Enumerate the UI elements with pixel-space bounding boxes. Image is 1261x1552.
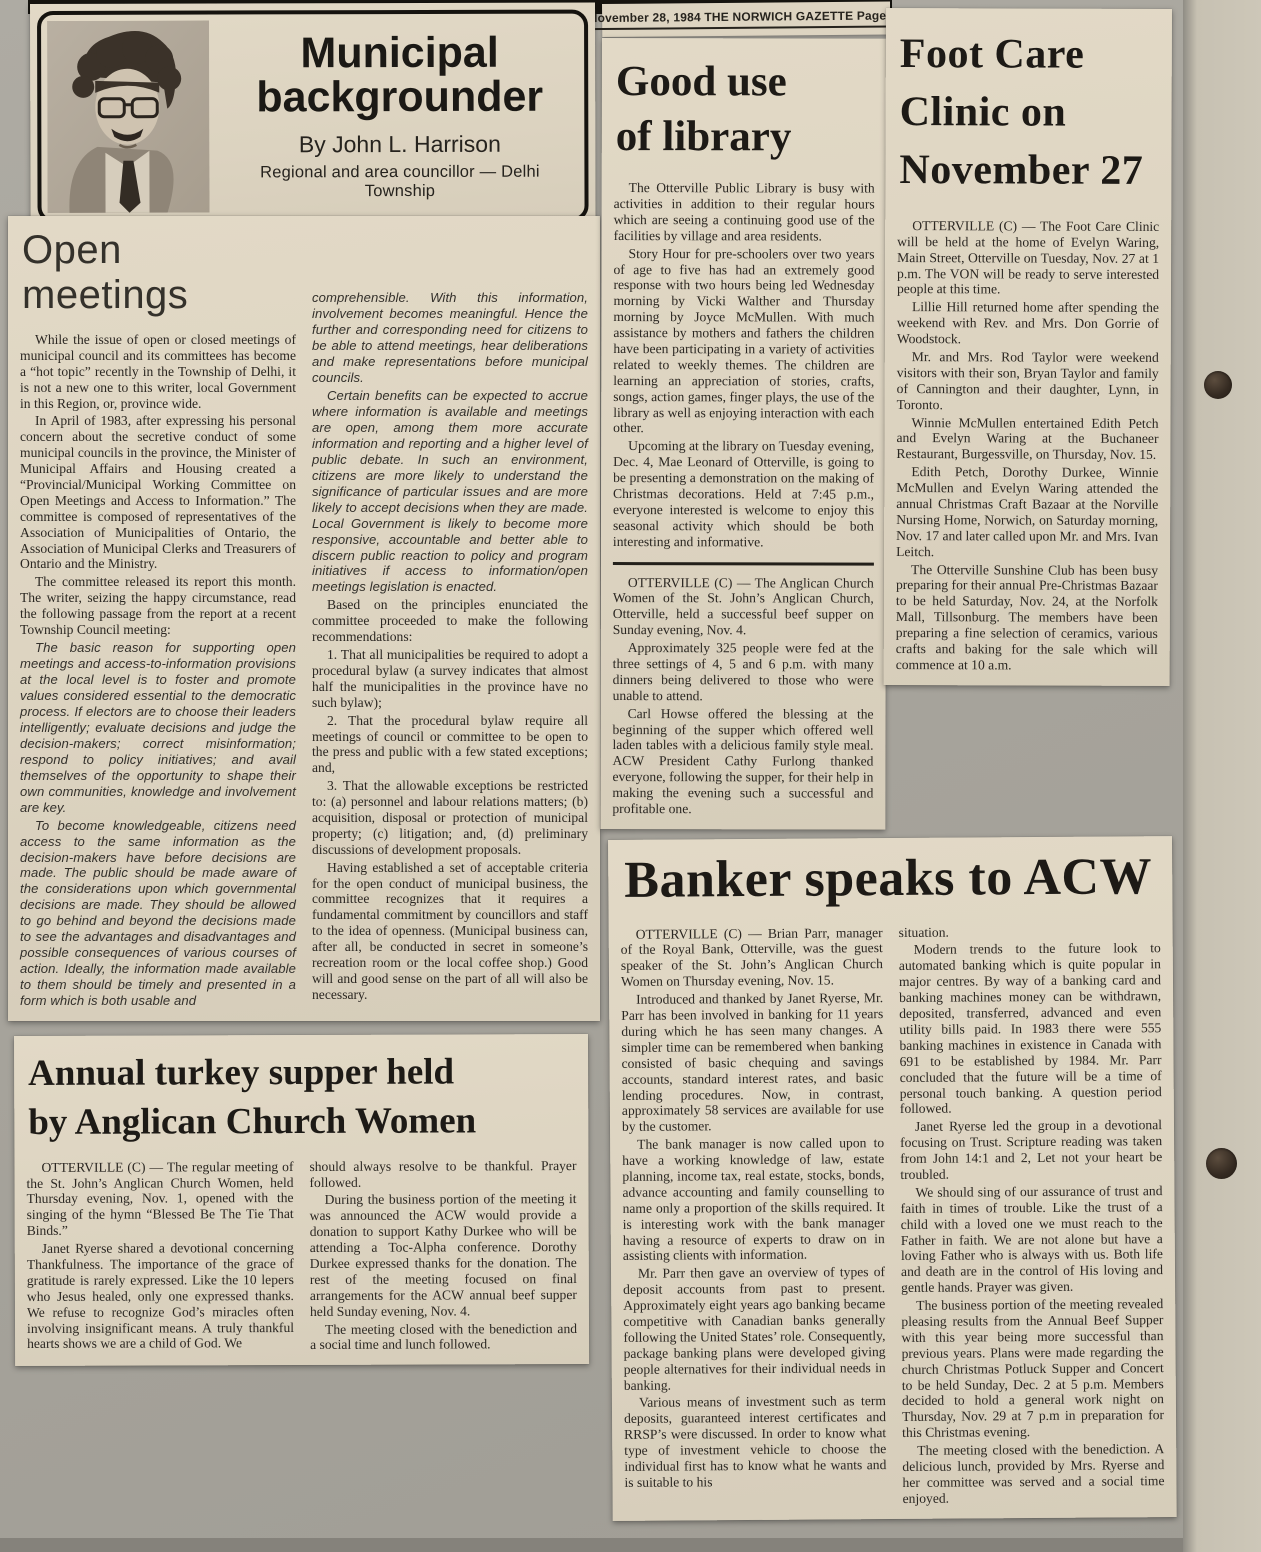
paragraph: We should sing of our assurance of trust…: [900, 1183, 1163, 1296]
paragraph: Mr. Parr then gave an overview of types …: [623, 1264, 886, 1393]
byline: By John L. Harrison: [227, 131, 572, 159]
title-line-1: Municipal: [227, 30, 572, 75]
headline-line-2: of library: [616, 109, 875, 165]
paragraph-recommendation-1: 1. That all municipalities be required t…: [312, 647, 588, 711]
paragraph: The meeting closed with the benediction.…: [902, 1441, 1164, 1506]
paragraph-recommendation-3: 3. That the allowable exceptions be rest…: [312, 778, 588, 857]
paragraph: Introduced and thanked by Janet Ryerse, …: [621, 990, 884, 1135]
open-meetings-headline: Open meetings: [22, 228, 296, 318]
paragraph: The meeting closed with the benediction …: [310, 1321, 577, 1354]
banker-column-1: OTTERVILLE (C) — Brian Parr, manager of …: [621, 925, 887, 1493]
paragraph: Janet Ryerse led the group in a devotion…: [900, 1117, 1162, 1182]
paragraph-recommendation-2: 2. That the procedural bylaw require all…: [312, 713, 588, 777]
paragraph-quoted-report: comprehensible. With this information, i…: [312, 290, 588, 386]
masthead-clipping: November 28, 1984 THE NORWICH GAZETTE Pa…: [602, 1, 890, 37]
paragraph: Story Hour for pre-schoolers over two ye…: [613, 246, 874, 437]
section-divider-rule: [613, 562, 874, 566]
binder-punch-hole: [1204, 371, 1232, 399]
open-meetings-column-1: Open meetings While the issue of open or…: [20, 226, 296, 1011]
paragraph: OTTERVILLE (C) — Brian Parr, manager of …: [621, 925, 883, 990]
paragraph: In April of 1983, after expressing his p…: [20, 413, 296, 572]
paragraph: Various means of investment such as term…: [624, 1393, 887, 1490]
headline-line-1: Foot Care: [900, 26, 1160, 85]
title-line-2: backgrounder: [227, 75, 572, 120]
scrapbook-page: November 28, 1984 THE NORWICH GAZETTE Pa…: [0, 0, 1261, 1552]
banker-clipping: Banker speaks to ACW OTTERVILLE (C) — Br…: [608, 836, 1177, 1521]
paragraph: The committee released its report this m…: [20, 574, 296, 638]
byline-role: Regional and area councillor — Delhi Tow…: [227, 163, 572, 202]
paragraph: The Otterville Sunshine Club has been bu…: [896, 562, 1158, 674]
binder-punch-hole: [1206, 1148, 1237, 1179]
municipal-backgrounder-frame: Municipal backgrounder By John L. Harris…: [37, 10, 589, 223]
paragraph: Upcoming at the library on Tuesday eveni…: [613, 438, 874, 550]
municipal-backgrounder-clipping: Municipal backgrounder By John L. Harris…: [30, 3, 596, 230]
library-clipping: Good use of library The Otterville Publi…: [600, 38, 887, 830]
foot-care-clipping: Foot Care Clinic on November 27 OTTERVIL…: [884, 8, 1172, 686]
paragraph: Mr. and Mrs. Rod Taylor were weekend vis…: [897, 349, 1159, 413]
paragraph: During the business portion of the meeti…: [310, 1191, 577, 1319]
paragraph: The business portion of the meeting reve…: [901, 1296, 1164, 1441]
paragraph: OTTERVILLE (C) — The Foot Care Clinic wi…: [897, 218, 1159, 298]
foot-care-headline: Foot Care Clinic on November 27: [899, 26, 1160, 201]
headline-line-1: Annual turkey supper held: [28, 1048, 576, 1099]
masthead-text: November 28, 1984 THE NORWICH GAZETTE Pa…: [585, 8, 908, 30]
turkey-supper-column-1: OTTERVILLE (C) — The regular meeting of …: [26, 1159, 294, 1355]
turkey-supper-headline: Annual turkey supper held by Anglican Ch…: [28, 1048, 576, 1148]
banker-column-2: situation. Modern trends to the future l…: [899, 923, 1165, 1509]
paragraph: situation.: [899, 923, 1161, 941]
paragraph: The Otterville Public Library is busy wi…: [614, 180, 875, 244]
paragraph-beef-supper: Carl Howse offered the blessing at the b…: [612, 706, 873, 818]
paragraph: Based on the principles enunciated the c…: [312, 597, 588, 645]
headline-line-1: Good use: [616, 54, 875, 110]
headline-line-2: by Anglican Church Women: [28, 1097, 576, 1148]
municipal-backgrounder-text-block: Municipal backgrounder By John L. Harris…: [221, 20, 579, 213]
paragraph: Edith Petch, Dorothy Durkee, Winnie McMu…: [896, 464, 1158, 560]
library-headline: Good use of library: [616, 54, 875, 165]
paragraph-quoted-report: The basic reason for supporting open mee…: [20, 640, 296, 816]
turkey-supper-clipping: Annual turkey supper held by Anglican Ch…: [14, 1034, 589, 1366]
headline-line-3: November 27: [899, 142, 1159, 201]
paragraph-quoted-report: Certain benefits can be expected to accr…: [312, 388, 588, 596]
headline-line-2: Clinic on: [900, 84, 1160, 143]
paragraph: Modern trends to the future look to auto…: [899, 941, 1162, 1118]
paragraph: Winnie McMullen entertained Edith Petch …: [896, 415, 1158, 464]
paragraph: While the issue of open or closed meetin…: [20, 332, 296, 411]
page-bottom-edge: [0, 1538, 1183, 1552]
paragraph: Having established a set of acceptable c…: [312, 860, 588, 1003]
open-meetings-column-2: comprehensible. With this information, i…: [312, 290, 588, 1005]
open-meetings-clipping: Open meetings While the issue of open or…: [8, 216, 600, 1021]
municipal-backgrounder-title: Municipal backgrounder: [227, 30, 572, 119]
paragraph: OTTERVILLE (C) — The regular meeting of …: [26, 1159, 293, 1239]
paragraph: The bank manager is now called upon to h…: [622, 1135, 885, 1264]
banker-headline: Banker speaks to ACW: [624, 850, 1160, 908]
paragraph-beef-supper: OTTERVILLE (C) — The Anglican Church Wom…: [613, 575, 874, 639]
paragraph: should always resolve to be thankful. Pr…: [309, 1158, 576, 1191]
councillor-portrait-photo: [47, 21, 210, 213]
turkey-supper-column-2: should always resolve to be thankful. Pr…: [309, 1158, 577, 1356]
paragraph-quoted-report: To become knowledgeable, citizens need a…: [20, 818, 296, 1010]
paragraph: Janet Ryerse shared a devotional concern…: [27, 1240, 294, 1352]
paragraph: Lillie Hill returned home after spending…: [897, 299, 1159, 348]
paragraph-beef-supper: Approximately 325 people were fed at the…: [613, 640, 874, 704]
page-right-edge: [1183, 0, 1261, 1552]
